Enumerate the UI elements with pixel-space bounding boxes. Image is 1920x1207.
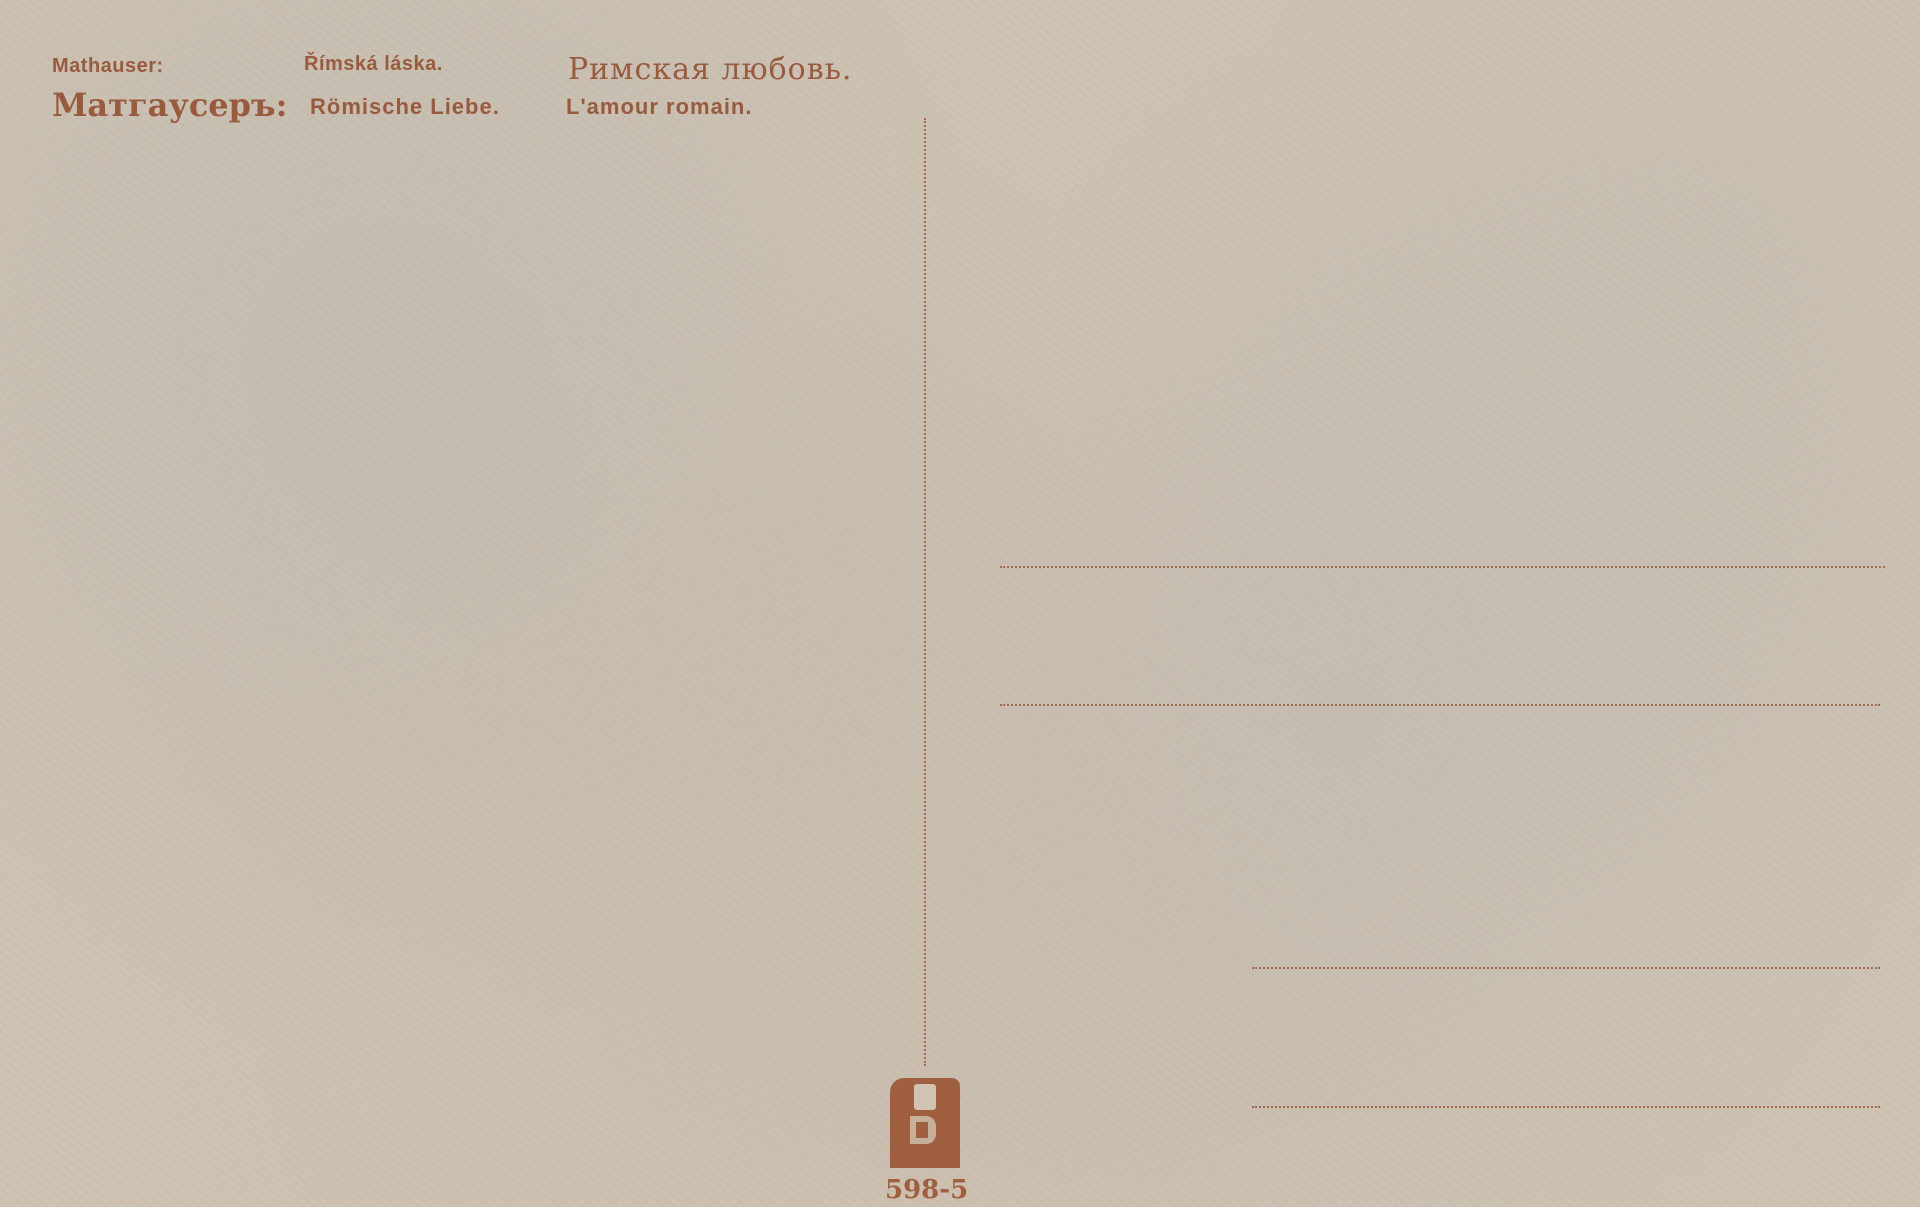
address-line-2 xyxy=(1000,704,1880,706)
catalog-number: 598-5 xyxy=(885,1175,968,1205)
address-line-4 xyxy=(1252,1106,1880,1108)
address-line-3 xyxy=(1252,967,1880,969)
title-czech: Římská láska. xyxy=(304,53,443,76)
title-russian: Римская любовь. xyxy=(568,52,852,87)
artist-name-russian: Матгаусеръ: xyxy=(52,86,287,124)
title-french: L'amour romain. xyxy=(566,94,752,120)
title-german: Römische Liebe. xyxy=(310,94,500,120)
publisher-logo-icon xyxy=(890,1078,960,1168)
address-line-1 xyxy=(1000,566,1885,568)
divider-line xyxy=(924,118,926,1066)
artist-name: Mathauser: xyxy=(52,55,164,78)
